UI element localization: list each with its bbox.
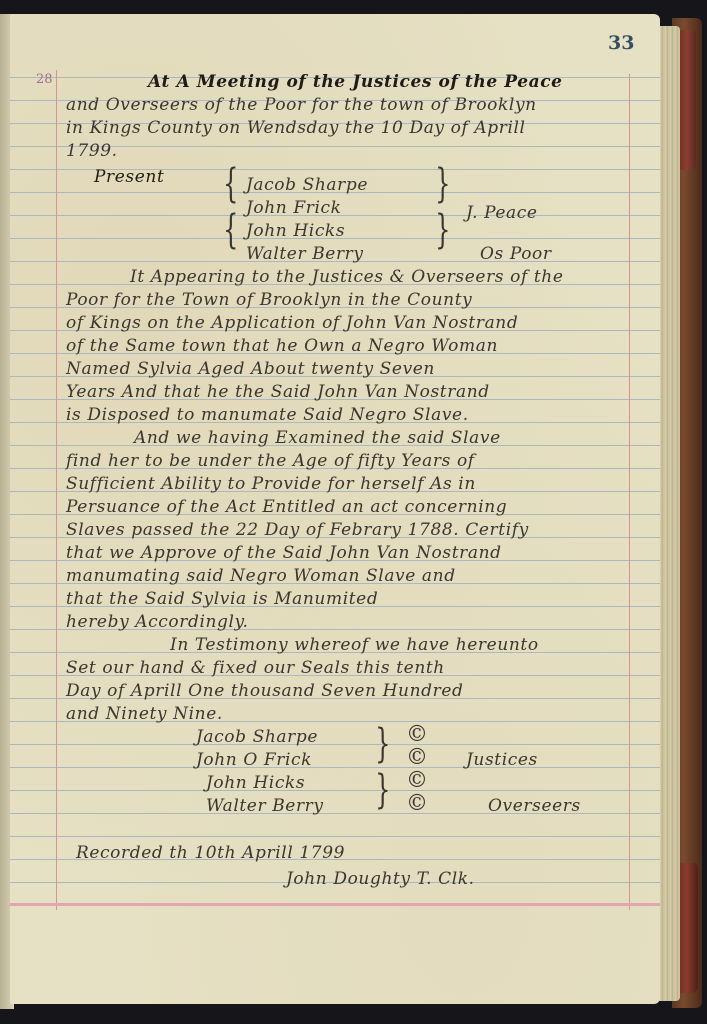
- margin-line-right: [629, 74, 630, 910]
- overseers-role: Os Poor: [480, 243, 552, 266]
- cover-corner-top: [678, 30, 696, 170]
- heading-line-1: At A Meeting of the Justices of the Peac…: [148, 71, 563, 94]
- heading-line-4: 1799.: [66, 140, 118, 163]
- heading-line-2: and Overseers of the Poor for the town o…: [66, 94, 537, 117]
- present-label: Present: [94, 166, 164, 189]
- body-p2-line-1: And we having Examined the said Slave: [134, 427, 501, 450]
- seal-mark-1: ©: [406, 722, 428, 747]
- body-p2-line-8: that the Said Sylvia is Manumited: [66, 588, 378, 611]
- entry-number: 28: [36, 72, 53, 87]
- signature-justice-2: John O Frick: [196, 749, 312, 772]
- page-number: 33: [608, 32, 634, 54]
- present-justice-2: John Frick: [246, 197, 342, 220]
- body-p1-line-3: of Kings on the Application of John Van …: [66, 312, 518, 335]
- brace-signature-overseers: }: [375, 770, 390, 810]
- body-p3-line-1: In Testimony whereof we have hereunto: [170, 634, 539, 657]
- brace-overseers-left: {: [223, 210, 238, 250]
- body-p2-line-3: Sufficient Ability to Provide for hersel…: [66, 473, 476, 496]
- body-p1-line-1: It Appearing to the Justices & Overseers…: [130, 266, 564, 289]
- body-p1-line-4: of the Same town that he Own a Negro Wom…: [66, 335, 498, 358]
- brace-signature-justices: }: [375, 724, 390, 764]
- justices-role: J. Peace: [466, 202, 538, 225]
- ledger-page: 33 28 At A Meeting of the Justices of th…: [10, 14, 660, 1004]
- body-p2-line-2: find her to be under the Age of fifty Ye…: [66, 450, 475, 473]
- ruled-line-bottom: [10, 903, 660, 906]
- signature-overseer-1: John Hicks: [206, 772, 305, 795]
- body-p2-line-4: Persuance of the Act Entitled an act con…: [66, 496, 507, 519]
- seal-mark-4: ©: [406, 791, 428, 816]
- present-overseer-1: John Hicks: [246, 220, 345, 243]
- body-p3-line-4: and Ninety Nine.: [66, 703, 223, 726]
- brace-justices-left: {: [223, 164, 238, 204]
- body-p1-line-6: Years And that he the Said John Van Nost…: [66, 381, 490, 404]
- body-p2-line-7: manumating said Negro Woman Slave and: [66, 565, 456, 588]
- body-p2-line-6: that we Approve of the Said John Van Nos…: [66, 542, 502, 565]
- present-justice-1: Jacob Sharpe: [246, 174, 368, 197]
- body-p1-line-5: Named Sylvia Aged About twenty Seven: [66, 358, 435, 381]
- present-overseer-2: Walter Berry: [246, 243, 364, 266]
- recorded-line: Recorded th 10th Aprill 1799: [76, 842, 345, 865]
- brace-justices-right: }: [435, 164, 450, 204]
- body-p2-line-9: hereby Accordingly.: [66, 611, 249, 634]
- margin-line-left: [56, 70, 57, 910]
- body-p2-line-5: Slaves passed the 22 Day of Febrary 1788…: [66, 519, 529, 542]
- signature-overseers-label: Overseers: [488, 795, 581, 818]
- body-p1-line-2: Poor for the Town of Brooklyn in the Cou…: [66, 289, 472, 312]
- body-p1-line-7: is Disposed to manumate Said Negro Slave…: [66, 404, 469, 427]
- heading-line-3: in Kings County on Wendsday the 10 Day o…: [66, 117, 526, 140]
- signature-justice-1: Jacob Sharpe: [196, 726, 318, 749]
- body-p3-line-3: Day of Aprill One thousand Seven Hundred: [66, 680, 464, 703]
- seal-mark-2: ©: [406, 745, 428, 770]
- brace-overseers-right: }: [435, 210, 450, 250]
- body-p3-line-2: Set our hand & fixed our Seals this tent…: [66, 657, 445, 680]
- seal-mark-3: ©: [406, 768, 428, 793]
- signature-overseer-2: Walter Berry: [206, 795, 324, 818]
- clerk-signature: John Doughty T. Clk.: [286, 868, 475, 891]
- signature-justices-label: Justices: [466, 749, 538, 772]
